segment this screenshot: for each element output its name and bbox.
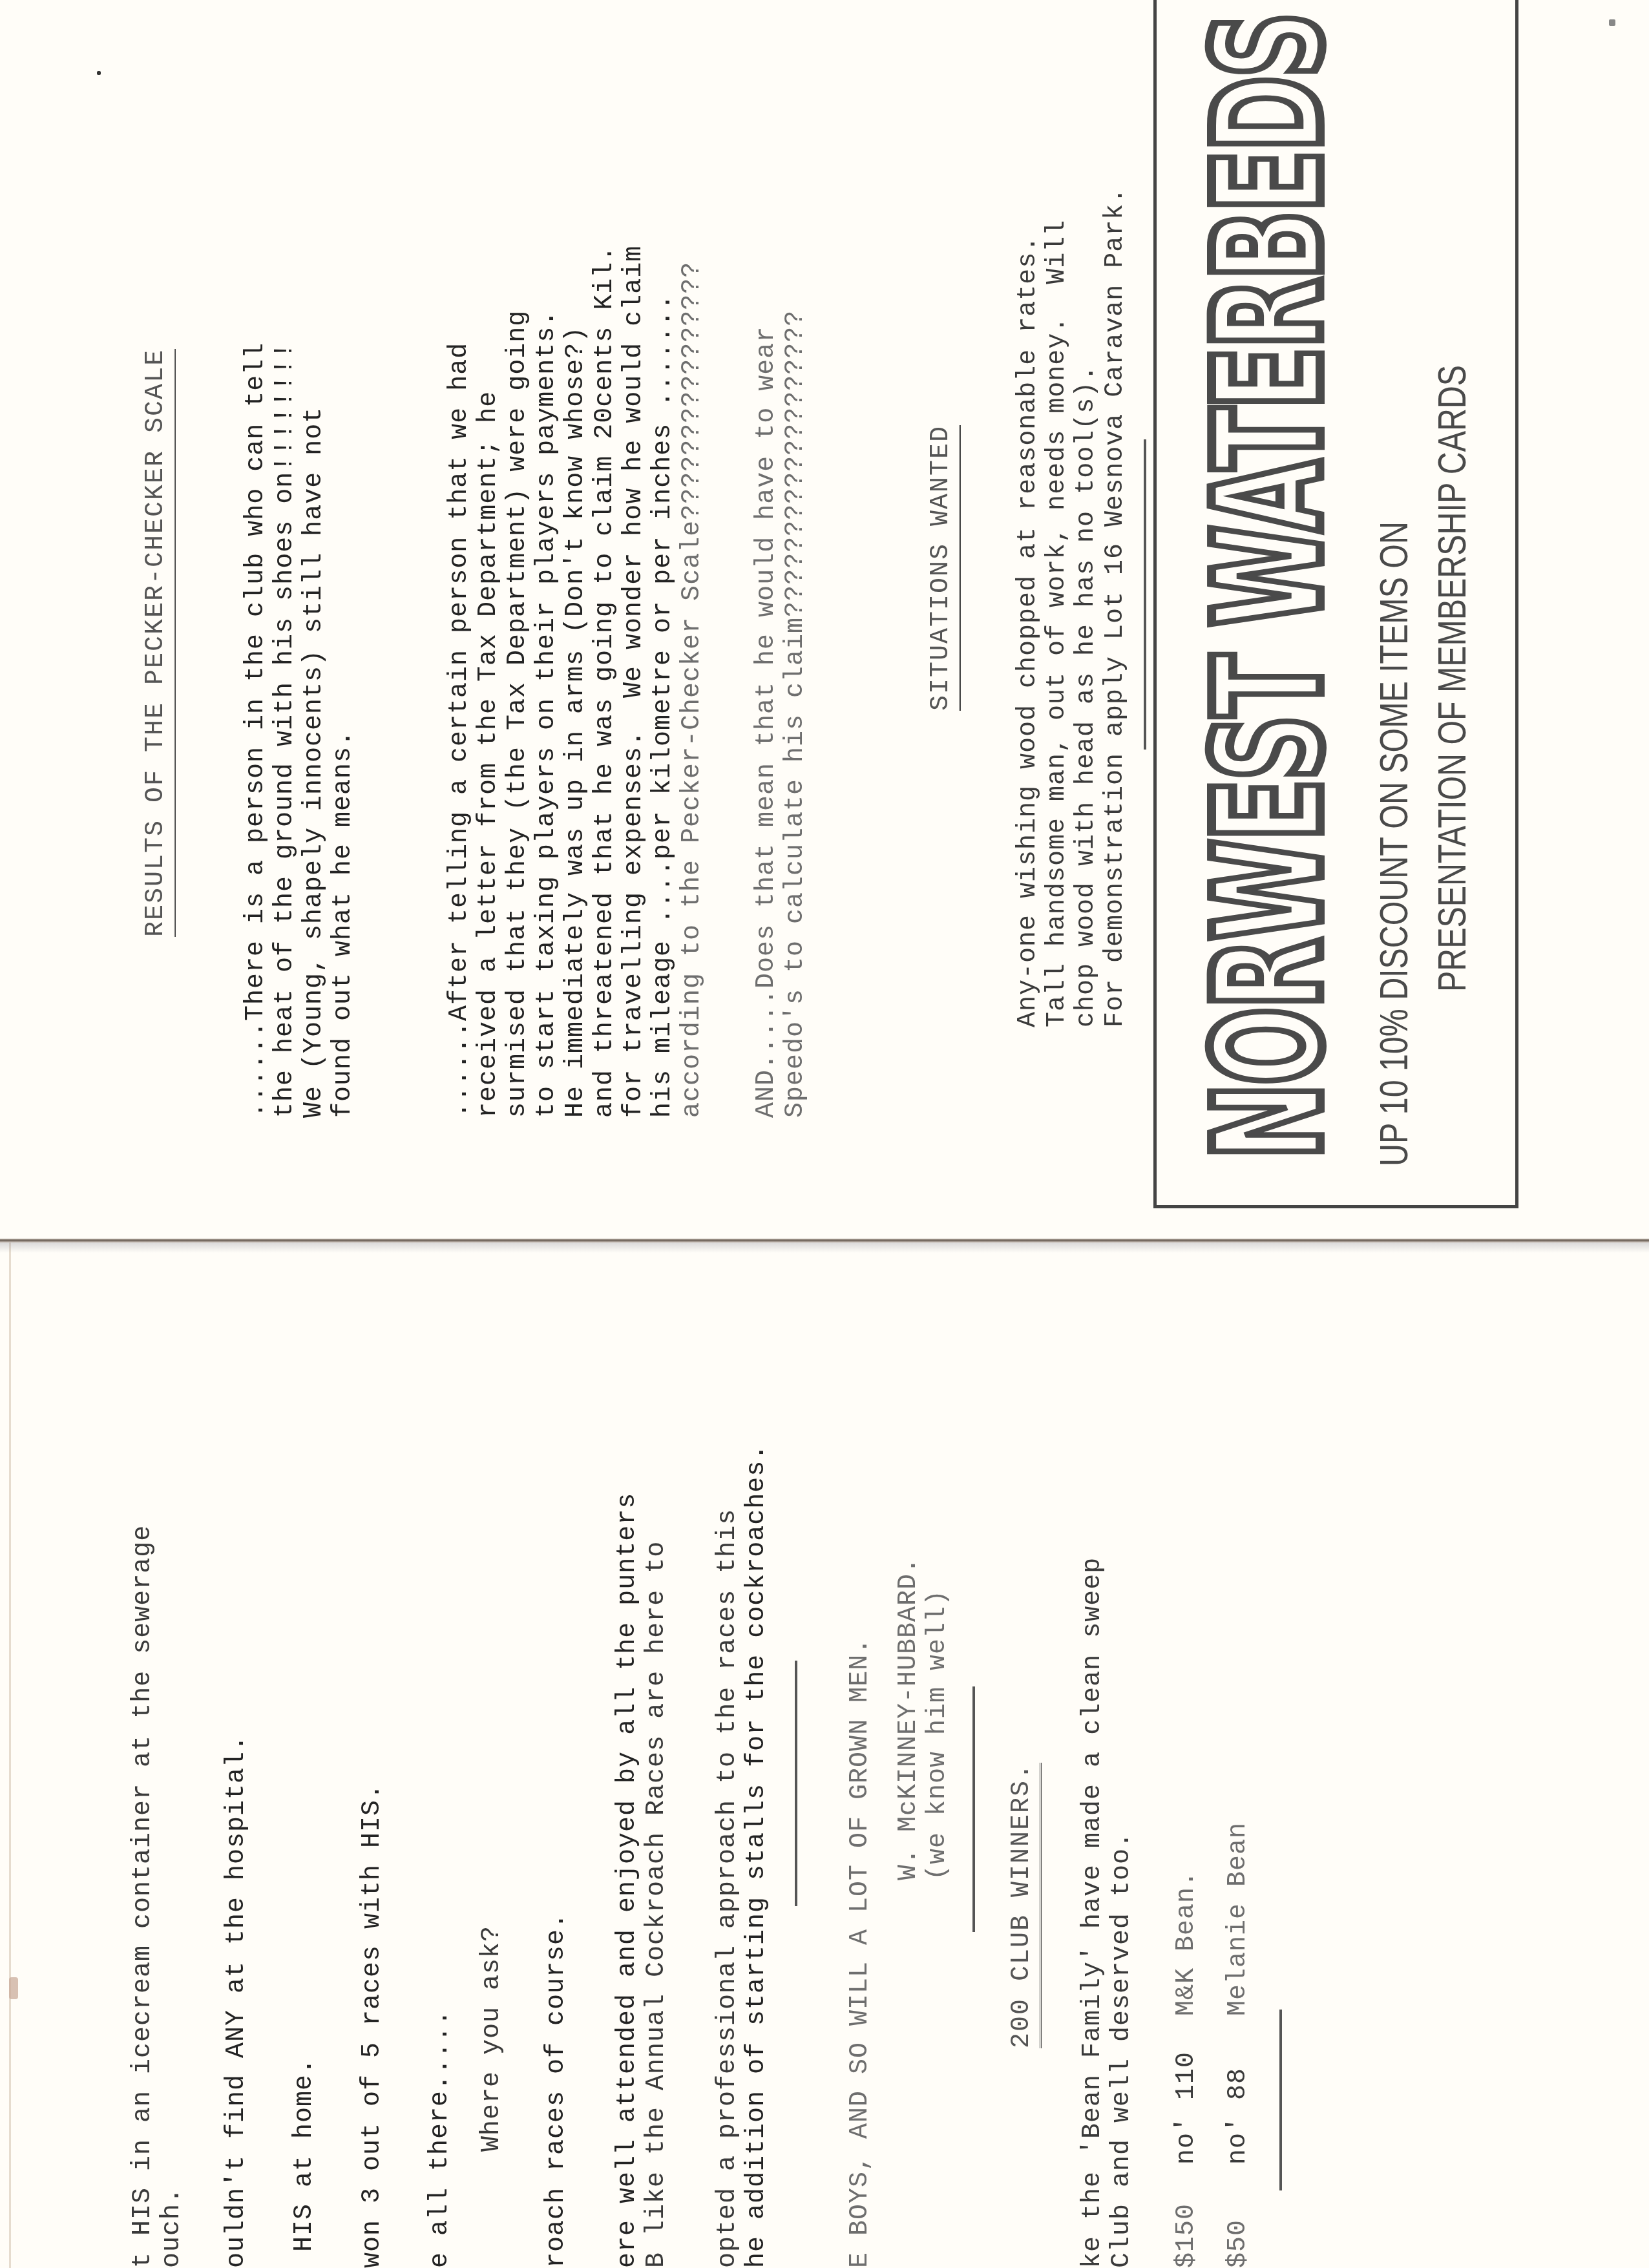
body-line: HIS at home.: [291, 2058, 319, 2268]
advert-title: NORWEST WATERBEDS: [1195, 14, 1344, 1160]
pecker-para2-line: ......After telling a certain person tha…: [446, 342, 474, 1118]
advert-membership-line: PRESENTATION OF MEMBERSHIP CARDS: [1431, 365, 1474, 992]
where-you-ask: Where you ask?: [478, 1926, 507, 2152]
club-winners-intro: ke the 'Bean Family' have made a clean s…: [1079, 1557, 1108, 2268]
pecker-para2-line: and threatened that he was going to clai…: [591, 246, 620, 1118]
bottom-page: t HIS in an icecream container at the se…: [97, 1247, 1518, 2268]
club-winners-heading: 200 CLUB WINNERS.: [1008, 1763, 1036, 2048]
pecker-para2-line: for travelling expenses. We wonder how h…: [620, 246, 649, 1118]
page-edge: [9, 1241, 11, 2268]
ink-speck: [1609, 19, 1615, 26]
pecker-para2-line: surmised that they (the Tax Department) …: [504, 310, 532, 1118]
winner-ticket: no' 110: [1173, 2052, 1201, 2165]
section-divider: [795, 1661, 797, 1906]
winner-ticket: no' 88: [1224, 2068, 1253, 2165]
pecker-para1-line: found out what he means.: [330, 730, 358, 1118]
winner-prize: $50: [1224, 2220, 1253, 2268]
body-line: won 3 out of 5 races with HIS.: [359, 1783, 387, 2268]
stain-mark: [9, 1977, 18, 1999]
pecker-para2-line: He immediately was up in arms (Don't kno…: [562, 326, 591, 1118]
section-divider: [972, 1686, 975, 1932]
pecker-para2-line: his mileage ....per kilometre or per inc…: [649, 294, 678, 1118]
pecker-para1-line: ......There is a person in the club who …: [242, 342, 271, 1118]
pecker-para2-line: received a letter from the Tax Departmen…: [475, 391, 503, 1118]
grown-men-line: E BOYS, AND SO WILL A LOT OF GROWN MEN.: [846, 1638, 875, 2268]
advert-box: NORWEST WATERBEDS UP 10 10% DISCOUNT ON …: [1153, 0, 1518, 1208]
winner-name: Melanie Bean: [1224, 1822, 1253, 2016]
body-line: e all there.....: [426, 2010, 455, 2268]
body-line: he addition of starting stalls for the c…: [743, 1444, 772, 2268]
advert-discount-line: UP 10 10% DISCOUNT ON SOME ITEMS ON: [1373, 521, 1416, 1166]
signature-name: W. McKINNEY-HUBBARD.: [895, 1557, 923, 1880]
pecker-para1-line: the heat of the ground with his shoes on…: [271, 342, 300, 1118]
ink-speck: [97, 71, 101, 75]
pecker-para3-line: Speedo's to calculate his claim?????????…: [782, 310, 810, 1118]
body-line: ere well attended and enjoyed by all the…: [614, 1493, 642, 2268]
body-line: B like the Annual Cockroach Races are he…: [643, 1541, 671, 2268]
body-line: opted a professional approach to the rac…: [714, 1509, 742, 2268]
pecker-para1-line: We (Young, shapely innocents) still have…: [300, 407, 329, 1118]
section-divider: [1144, 439, 1146, 750]
body-line: ouldn't find ANY at the hospital.: [223, 1735, 251, 2268]
situations-line: chop wood with head as he has no tool(s)…: [1073, 365, 1101, 1027]
pecker-para3-line: AND.....Does that mean that he would hav…: [753, 326, 781, 1118]
body-line: ouch.: [158, 2187, 187, 2268]
situations-line: Tall handsome man, out of work, needs mo…: [1044, 220, 1072, 1027]
situations-line: For demonstration apply Lot 16 Wesnova C…: [1102, 187, 1130, 1027]
signature-note: (we know him well): [924, 1590, 952, 1880]
body-line: roach races of course.: [543, 1913, 571, 2268]
pecker-para2-line: to start taxing players on their players…: [533, 310, 562, 1118]
section-divider: [1279, 2010, 1282, 2190]
pecker-para2-line: according to the Pecker-Checker Scale???…: [678, 262, 707, 1118]
top-page: RESULTS OF THE PECKER-CHECKER SCALE ....…: [116, 0, 1538, 1215]
situations-wanted-heading: SITUATIONS WANTED: [927, 425, 956, 711]
situations-line: Any-one wishing wood chopped at reasonab…: [1014, 236, 1043, 1027]
winner-prize: $150: [1173, 2203, 1201, 2268]
scanned-page: RESULTS OF THE PECKER-CHECKER SCALE ....…: [0, 0, 1649, 2268]
body-line: t HIS in an icecream container at the se…: [129, 1525, 158, 2268]
winner-name: M&K Bean.: [1173, 1871, 1201, 2016]
pecker-checker-heading: RESULTS OF THE PECKER-CHECKER SCALE: [142, 349, 171, 937]
club-winners-intro: Club and well deserved too.: [1108, 1832, 1137, 2268]
